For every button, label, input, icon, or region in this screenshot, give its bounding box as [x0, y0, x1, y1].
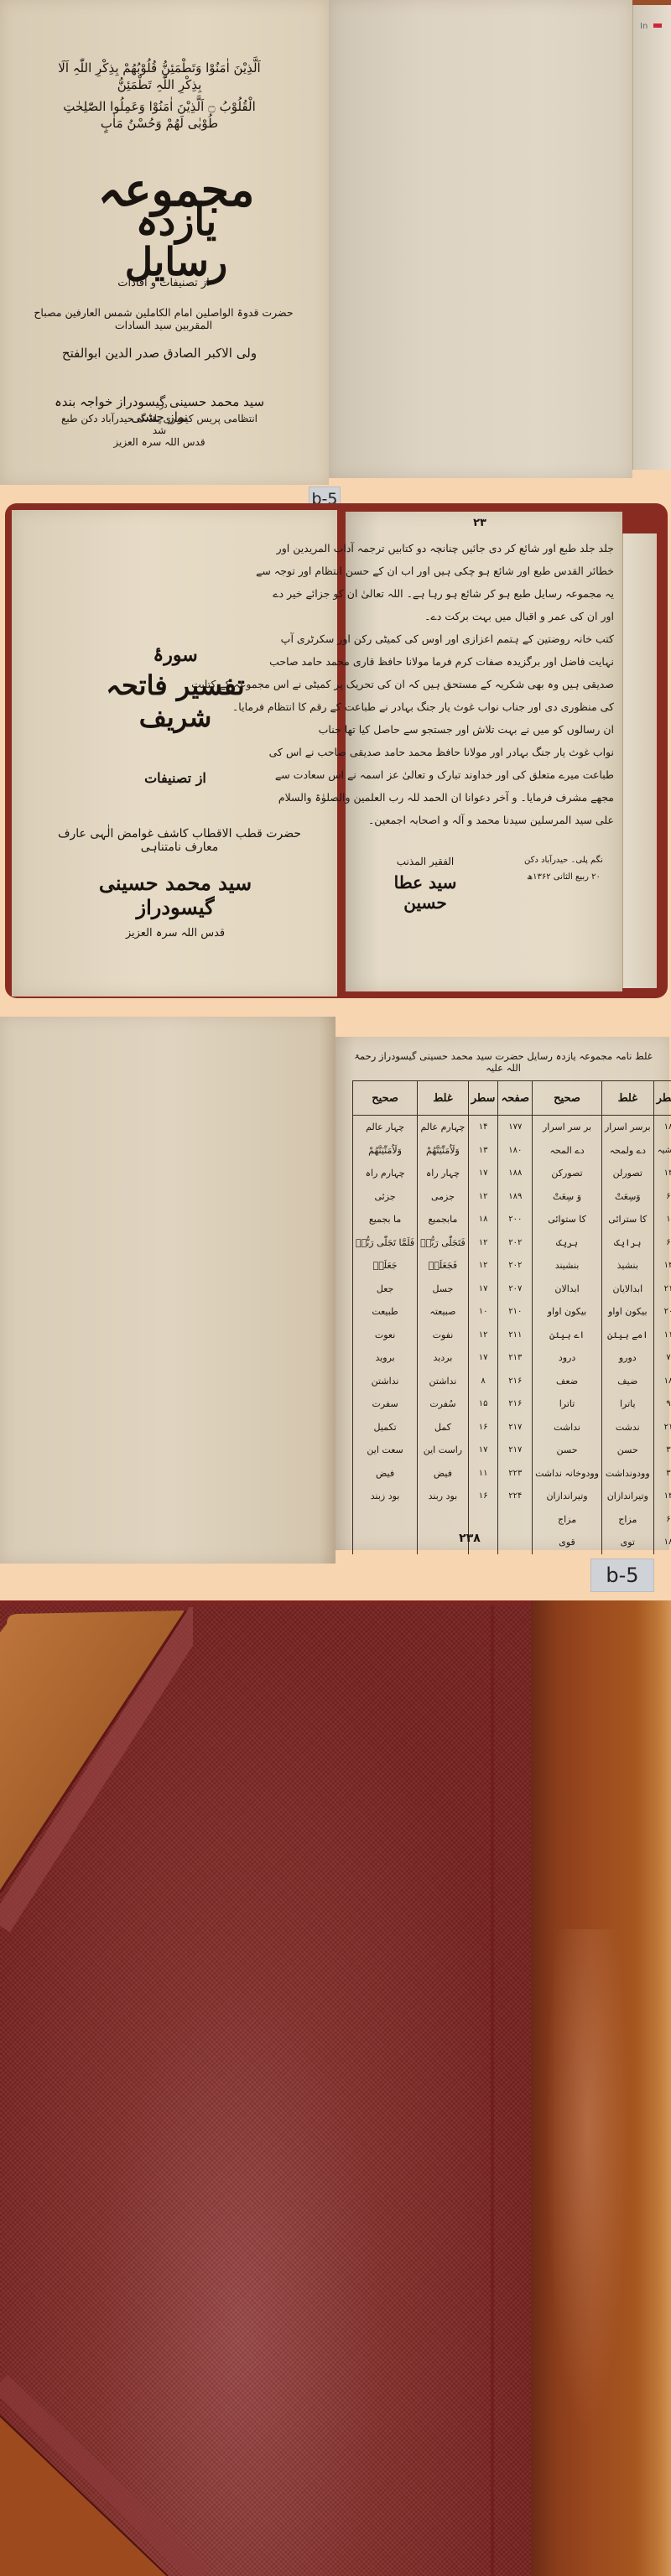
errata-cell-line: ۱۱	[468, 1462, 498, 1486]
errata-cell-page: ۲۰۲	[498, 1231, 533, 1255]
errata-cell-wrong: یاترا	[601, 1392, 653, 1416]
errata-cell-page: ۲۲۴	[498, 1485, 533, 1508]
errata-row: ۱۶۶۱۸تویقوی	[353, 1531, 671, 1554]
errata-row: ۱۵۰۲۱ندشتنداشت۲۱۷۱۶کملتکمیل	[353, 1416, 671, 1439]
errata-cell-line: ۳	[653, 1439, 671, 1462]
errata-cell-right: وتیراندازان	[533, 1485, 602, 1508]
errata-cell-wrong: ابدالایان	[601, 1278, 653, 1301]
col-wrong: غلط	[601, 1081, 653, 1116]
tafsir-blessing: قدس اللہ سرہ العزیز	[112, 927, 238, 939]
blessing: قدس اللہ سرہ العزیز	[101, 436, 218, 448]
errata-cell-line: ۲۱	[653, 1278, 671, 1301]
errata-cell-wrong: مزاج	[601, 1508, 653, 1532]
errata-cell-line: ۱	[653, 1208, 671, 1231]
errata-cell-right: وَ سِعَتْ	[533, 1185, 602, 1209]
errata-row: ۱۰۳۱۸برسر اسراربر سر اسرار۱۷۷۱۴چہارم عال…	[353, 1116, 671, 1139]
errata-cell-line: ۱۳	[653, 1162, 671, 1185]
tafsir-honorific-line: حضرت قطب الاقطاب کاشف غوامض الٰہی عارف م…	[45, 827, 314, 854]
text-line: نواب غوث یار جنگ بہادر اور مولانا حافظ م…	[352, 741, 614, 763]
errata-cell-wrong: نداشتن	[418, 1370, 469, 1393]
errata-cell-line: ۱۲	[468, 1185, 498, 1209]
errata-cell-wrong: وودونداشت	[601, 1462, 653, 1486]
leather-shine	[545, 1929, 629, 2433]
errata-cell-right: سعت این	[353, 1439, 418, 1462]
errata-cell-wrong: وتیراندازان	[601, 1485, 653, 1508]
errata-cell-right: نعوت	[353, 1324, 418, 1347]
errata-cell-right: بر سر اسرار	[533, 1116, 602, 1139]
errata-cell-page: ۲۱۱	[498, 1324, 533, 1347]
errata-cell-page: ۲۲۳	[498, 1462, 533, 1486]
errata-cell-page: ۱۸۸	[498, 1162, 533, 1185]
errata-cell-page	[498, 1508, 533, 1532]
errata-cell-right: نداشت	[533, 1416, 602, 1439]
errata-cell-right: بروید	[353, 1346, 418, 1370]
errata-cell-right: جَعَلَہٗ	[353, 1254, 418, 1278]
errata-cell-right	[353, 1508, 418, 1532]
author-name-line-1: ولی الاکبر الصادق صدر الدین ابوالفتح	[59, 346, 260, 361]
errata-cell-page: ۱۸۹	[498, 1185, 533, 1209]
from-works: از تصنیفات و افادات	[101, 277, 226, 289]
signature-name: سید عطا حسین	[371, 872, 480, 913]
signature-date: ۲۰ ربیع الثانی ۱۳۶۲ھ	[513, 872, 614, 882]
col-wrong: غلط	[418, 1081, 469, 1116]
errata-cell-wrong: چہارم عالم	[418, 1116, 469, 1139]
errata-row: ۱۱۶۶وَسِعَتْوَ سِعَتْ۱۸۹۱۲جزمیجزئی	[353, 1185, 671, 1209]
errata-cell-line: ۱۷	[468, 1278, 498, 1301]
errata-cell-right: حسن	[533, 1439, 602, 1462]
text-line: اور ان کی عمر و اقبال میں بہت برکت دے۔	[352, 605, 614, 627]
page-stack-edge: In	[632, 0, 671, 470]
errata-cell-wrong: سُفرت	[418, 1392, 469, 1416]
errata-heading: غلط نامہ مجموعہ یازدہ رسایل حضرت سید محم…	[352, 1050, 654, 1074]
red-mark	[653, 23, 662, 28]
errata-cell-line: ۱۴	[468, 1116, 498, 1139]
col-line: سطر	[653, 1081, 671, 1116]
errata-cell-right: قوی	[533, 1531, 602, 1554]
errata-cell-wrong: کا سترائی	[601, 1208, 653, 1231]
errata-row: ۱۱۹۱کا سترائیکا ستوائی۲۰۰۱۸مابجمیعما بجم…	[353, 1208, 671, 1231]
errata-cell-line: ۲۱	[653, 1416, 671, 1439]
preface-page-23: ۲۳ جلد جلد طبع اور شائع کر دی جائیں چنان…	[346, 512, 622, 991]
errata-body: ۱۰۳۱۸برسر اسراربر سر اسرار۱۷۷۱۴چہارم عال…	[353, 1116, 671, 1554]
errata-cell-right: جعل	[353, 1278, 418, 1301]
errata-cell-line: ۱۶	[468, 1416, 498, 1439]
errata-cell-page: ۲۰۷	[498, 1278, 533, 1301]
leather-corner-bottom	[0, 2365, 218, 2576]
errata-cell-line: ۱۷	[468, 1162, 498, 1185]
errata-cell-line: ۱۲	[468, 1231, 498, 1255]
text-line: کتب خانہ روضتین کے ہتمم اعزازی اور اوس ک…	[352, 627, 614, 650]
errata-cell-right: نداشتن	[353, 1370, 418, 1393]
press-line: انتظامی پریس کیسری بلڈنگ حیدرآباد دکن طب…	[59, 413, 260, 436]
text-line: طباعت میرے متعلق کی اور خداوند تبارک و ت…	[352, 763, 614, 786]
errata-cell-page: ۱۸۰	[498, 1139, 533, 1163]
errata-cell-right: دے المحہ	[533, 1139, 602, 1163]
errata-cell-line: ۶	[653, 1508, 671, 1532]
book-title-bottom: یازدہ رسایل	[84, 201, 268, 283]
col-page: صفحہ	[498, 1081, 533, 1116]
errata-cell-wrong: فَجَعَلَہٗ	[418, 1254, 469, 1278]
errata-row: ۱۵۳۳حسنحسن۲۱۷۱۷راست اینسعت این	[353, 1439, 671, 1462]
signature-title: الفقیر المذنب	[379, 856, 471, 867]
errata-cell-wrong: بیکون اواو	[601, 1300, 653, 1324]
col-line: سطر	[468, 1081, 498, 1116]
errata-cell-line: ۱۳	[468, 1139, 498, 1163]
errata-cell-right: بود زبند	[353, 1485, 418, 1508]
errata-cell-wrong: توی	[601, 1531, 653, 1554]
errata-cell-wrong: بردید	[418, 1346, 469, 1370]
errata-row: ۱۲۲۶ہرایکہریک۲۰۲۱۲فَتَجَلّٰی رَبُّہٗفَلَ…	[353, 1231, 671, 1255]
errata-cell-line: ۱۸	[653, 1370, 671, 1393]
page-number: ۲۳	[463, 517, 497, 529]
errata-cell-wrong: بود ربند	[418, 1485, 469, 1508]
text-line: علی سید المرسلین سیدنا محمد و آلہ و اصحا…	[352, 809, 614, 831]
edge-mark: In	[640, 22, 648, 31]
tafsir-author: سید محمد حسینی گیسودراز	[70, 871, 280, 919]
errata-cell-wrong	[418, 1508, 469, 1532]
errata-cell-page: ۲۱۶	[498, 1370, 533, 1393]
text-line: جلد جلد طبع اور شائع کر دی جائیں چنانچہ …	[352, 537, 614, 559]
errata-cell-line: ۹	[653, 1392, 671, 1416]
errata-row: ۱۱۰۱۳تصورلنتصورکن۱۸۸۱۷چہار راہچہارم راہ	[353, 1162, 671, 1185]
errata-cell-right: فیض	[353, 1462, 418, 1486]
errata-row: ۱۳۵۷دورودرود۲۱۳۱۷بردیدبروید	[353, 1346, 671, 1370]
errata-cell-line: ۱۳	[653, 1485, 671, 1508]
errata-cell-right: ابدالان	[533, 1278, 602, 1301]
errata-cell-right: سفرت	[353, 1392, 418, 1416]
page-stack-edge	[622, 533, 657, 988]
col-correct: صحیح	[353, 1081, 418, 1116]
shelf-label-3: b-5	[590, 1559, 654, 1592]
errata-cell-line: ۱۱	[653, 1324, 671, 1347]
errata-cell-wrong: نفوت	[418, 1324, 469, 1347]
errata-row: ۱۰۵حاشیہدے ولمحہدے المحہ۱۸۰۱۳وَلَاُمَنِّ…	[353, 1139, 671, 1163]
blank-facing-page	[329, 0, 632, 478]
errata-cell-right: وَلَاُمَنِّیَنَّھُمْ	[353, 1139, 418, 1163]
errata-cell-wrong: وَلَاُمَنِّیَنَّھُمْ	[418, 1139, 469, 1163]
errata-cell-wrong: جزمی	[418, 1185, 469, 1209]
errata-cell-line: ۱۸	[468, 1208, 498, 1231]
text-line: ان رسالوں کو میں نے بہت تلاش اور جستجو س…	[352, 718, 614, 741]
press-prefix: در	[126, 401, 201, 410]
errata-cell-wrong: فَتَجَلّٰی رَبُّہٗ	[418, 1231, 469, 1255]
errata-cell-right: اے ہیئن	[533, 1324, 602, 1347]
errata-cell-right: بیکون اواو	[533, 1300, 602, 1324]
preface-text: جلد جلد طبع اور شائع کر دی جائیں چنانچہ …	[352, 537, 614, 831]
errata-cell-page: ۲۰۲	[498, 1254, 533, 1278]
errata-cell-right: تاترا	[533, 1392, 602, 1416]
errata-header-row: صفحہ سطر غلط صحیح صفحہ سطر غلط صحیح	[353, 1081, 671, 1116]
errata-cell-line: ۱۸	[653, 1531, 671, 1554]
errata-cell-wrong: چہار راہ	[418, 1162, 469, 1185]
errata-row: ۱۲۷۲۱ابدالایانابدالان۲۰۷۱۷جسلجعل	[353, 1278, 671, 1301]
errata-cell-wrong: مابجمیع	[418, 1208, 469, 1231]
errata-page: غلط نامہ مجموعہ یازدہ رسایل حضرت سید محم…	[335, 1037, 669, 1550]
errata-cell-wrong: فیض	[418, 1462, 469, 1486]
signature-place: نگم پلی۔ حیدرآباد دکن	[513, 856, 614, 865]
errata-table-wrap: صفحہ سطر غلط صحیح صفحہ سطر غلط صحیح ۱۰۳۱…	[352, 1080, 671, 1554]
errata-cell-page: ۲۱۷	[498, 1439, 533, 1462]
errata-row: ۱۵۶۱۳وتیراندازانوتیراندازان۲۲۴۱۶بود ربند…	[353, 1485, 671, 1508]
errata-cell-line: ۳	[653, 1462, 671, 1486]
errata-cell-wrong: وَسِعَتْ	[601, 1185, 653, 1209]
errata-page-number: ۲۳۸	[445, 1532, 495, 1545]
errata-row: ۱۵۰۹یاتراتاترا۲۱۶۱۵سُفرتسفرت	[353, 1392, 671, 1416]
errata-cell-wrong: بنشیذ	[601, 1254, 653, 1278]
errata-cell-line: ۱۲	[468, 1324, 498, 1347]
honorific-line: حضرت قدوۃ الواصلین امام الکاملین شمس الع…	[29, 306, 298, 331]
errata-row: ۱۳۱۱۱امے ہیئناے ہیئن۲۱۱۱۲نفوتنعوت	[353, 1324, 671, 1347]
errata-cell-wrong: حسن	[601, 1439, 653, 1462]
col-correct: صحیح	[533, 1081, 602, 1116]
errata-cell-right: ہریک	[533, 1231, 602, 1255]
errata-cell-right: درود	[533, 1346, 602, 1370]
errata-row: ۱۵۹۶مزاجمزاج	[353, 1508, 671, 1532]
errata-cell-line: ۲۰	[653, 1300, 671, 1324]
errata-cell-page: ۲۱۷	[498, 1416, 533, 1439]
errata-cell-right: تکمیل	[353, 1416, 418, 1439]
errata-cell-line: ۱۸	[653, 1116, 671, 1139]
errata-cell-right: چہارم راہ	[353, 1162, 418, 1185]
errata-cell-line: ۶	[653, 1185, 671, 1209]
errata-cell-wrong: ہرایک	[601, 1231, 653, 1255]
errata-cell-line: ۱۲	[468, 1254, 498, 1278]
errata-cell-wrong: جسل	[418, 1278, 469, 1301]
errata-cell-line: ۱۷	[468, 1346, 498, 1370]
errata-cell-wrong: تصورلن	[601, 1162, 653, 1185]
errata-cell-page: ۲۰۰	[498, 1208, 533, 1231]
errata-cell-page	[498, 1531, 533, 1554]
errata-cell-wrong: ضیف	[601, 1370, 653, 1393]
tafsir-from-works: از تصنیفات	[121, 770, 230, 786]
errata-cell-right: مزاج	[533, 1508, 602, 1532]
tafsir-title-top: سورۂ	[138, 644, 213, 666]
errata-cell-line: ۱۳	[653, 1254, 671, 1278]
errata-cell-right	[353, 1531, 418, 1554]
errata-row: ۱۲۰۲۰بیکون اواوبیکون اواو۲۱۰۱۰صبیعتہطبیع…	[353, 1300, 671, 1324]
errata-cell-right: چہار عالم	[353, 1116, 418, 1139]
text-line: صدیقی ہیں وہ بھی شکریہ کے مستحق ہیں کہ ا…	[352, 673, 614, 695]
errata-cell-right: طبیعت	[353, 1300, 418, 1324]
blank-left-page	[0, 1017, 335, 1564]
errata-cell-line: ۶	[653, 1231, 671, 1255]
errata-cell-right: جزئی	[353, 1185, 418, 1209]
errata-cell-line: ۸	[468, 1370, 498, 1393]
cover-hinge-line	[491, 1605, 494, 2576]
errata-cell-wrong: کمل	[418, 1416, 469, 1439]
errata-cell-right: ما بجمیع	[353, 1208, 418, 1231]
errata-cell-page: ۱۷۷	[498, 1116, 533, 1139]
errata-cell-right: تصورکن	[533, 1162, 602, 1185]
errata-cell-right: فَلَمَّا تَجَلّٰی رَبُّہٗ	[353, 1231, 418, 1255]
errata-row: ۱۵۶۳وودونداشتوودوخانہ نداشت۲۲۳۱۱فیضفیض	[353, 1462, 671, 1486]
errata-cell-line	[468, 1508, 498, 1532]
errata-cell-line: ۱۶	[468, 1485, 498, 1508]
leather-corner-top	[0, 1607, 193, 1968]
errata-cell-line: حاشیہ	[653, 1139, 671, 1163]
errata-cell-wrong: برسر اسرار	[601, 1116, 653, 1139]
errata-cell-wrong: ندشت	[601, 1416, 653, 1439]
text-line: خطائر القدس طبع اور شائع ہو چکی ہیں اور …	[352, 559, 614, 582]
text-line: نہایت فاضل اور برگزیدہ صفات کرم فرما مول…	[352, 650, 614, 673]
errata-cell-page: ۲۱۰	[498, 1300, 533, 1324]
errata-cell-line: ۱۵	[468, 1392, 498, 1416]
errata-cell-line: ۱۷	[468, 1439, 498, 1462]
errata-cell-wrong: دے ولمحہ	[601, 1139, 653, 1163]
text-line: یہ مجموعہ رسایل طبع ہو کر شائع ہو رہا ہے…	[352, 582, 614, 605]
errata-cell-page: ۲۱۳	[498, 1346, 533, 1370]
text-line: کی منظوری دی اور جناب نواب غوث یار جنگ ب…	[352, 695, 614, 718]
errata-cell-wrong: راست این	[418, 1439, 469, 1462]
errata-cell-right: بنشیند	[533, 1254, 602, 1278]
errata-cell-line: ۱۰	[468, 1300, 498, 1324]
errata-row: ۱۴۷۱۸ضیفضعف۲۱۶۸نداشتننداشتن	[353, 1370, 671, 1393]
binding-edge	[632, 0, 671, 5]
text-line: مجھے مشرف فرمایا۔ و آخر دعوانا ان الحمد …	[352, 786, 614, 809]
errata-cell-right: ضعف	[533, 1370, 602, 1393]
errata-cell-right: کا ستوائی	[533, 1208, 602, 1231]
verse-line-1: اَلَّذِیْنَ اٰمَنُوْا وَتَطْمَئِنُّ قُلُ…	[50, 60, 268, 93]
errata-table: صفحہ سطر غلط صحیح صفحہ سطر غلط صحیح ۱۰۳۱…	[352, 1080, 671, 1554]
errata-row: ۱۲۶۱۳بنشیذبنشیند۲۰۲۱۲فَجَعَلَہٗجَعَلَہٗ	[353, 1254, 671, 1278]
errata-cell-wrong: صبیعتہ	[418, 1300, 469, 1324]
verse-line-2: الْقُلُوْبُ ۝ اَلَّذِیْنَ اٰمَنُوْا وَعَ…	[50, 99, 268, 132]
errata-cell-right: وودوخانہ نداشت	[533, 1462, 602, 1486]
errata-cell-wrong: امے ہیئن	[601, 1324, 653, 1347]
errata-cell-page: ۲۱۶	[498, 1392, 533, 1416]
errata-cell-line: ۷	[653, 1346, 671, 1370]
errata-cell-wrong: دورو	[601, 1346, 653, 1370]
